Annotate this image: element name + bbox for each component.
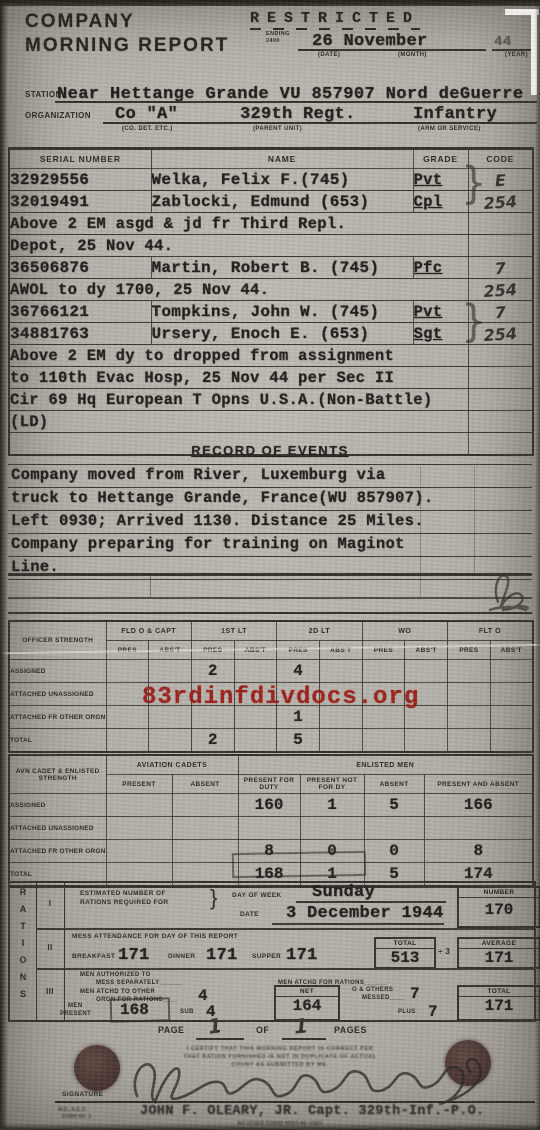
dinner-label: DINNER — [168, 953, 195, 960]
roster-cell: to 110th Evac Hosp, 25 Nov 44 per Sec II — [9, 367, 468, 389]
enlisted-table-cell: PRESENT — [106, 775, 172, 794]
day-rule — [296, 901, 446, 903]
roster-cell: Depot, 25 Nov 44. — [9, 235, 468, 257]
roster-body: 32929556Welka, Felix F.(745)PvtE32019491… — [9, 169, 533, 456]
roster-cell: 36766121 — [9, 301, 151, 323]
signature-rule — [55, 1101, 535, 1103]
dinner-value: 171 — [206, 946, 238, 965]
men-label: MEN — [68, 1003, 83, 1009]
officer-table-cell — [149, 729, 192, 753]
date-rule — [298, 49, 486, 51]
brace-glyph: } — [210, 885, 217, 911]
enlisted-table-cell: ATTACHED UNASSIGNED — [9, 817, 106, 840]
number-box: NUMBER 170 — [457, 886, 540, 928]
net-box-value: 164 — [276, 997, 338, 1015]
breakfast-value: 171 — [118, 946, 150, 965]
others-messed-label1: O & OTHERS — [352, 987, 393, 993]
roster-cell: Ursery, Enoch E. (653) — [151, 323, 413, 345]
enlisted-table-cell: 8 — [424, 840, 533, 863]
total-box-iii: TOTAL 171 — [457, 985, 540, 1021]
roster-cell: Above 2 EM asgd & jd fr Third Repl. — [9, 213, 468, 235]
roster-row: (LD) — [9, 411, 533, 433]
estimated-rations-label2: RATIONS REQUIRED FOR — [80, 899, 168, 906]
form-title-line1: COMPANY — [25, 11, 135, 33]
officer-table-cell — [234, 660, 277, 683]
year-rule — [492, 49, 536, 51]
roster-cell: AWOL to dy 1700, 25 Nov 44. — [9, 279, 468, 301]
officer-table-cell: PRES — [362, 641, 405, 660]
roster-cell: 32019491 — [9, 191, 151, 213]
scan-edge — [535, 0, 540, 1130]
officer-table-cell: TOTAL — [9, 729, 106, 753]
signature-label: SIGNATURE — [62, 1091, 103, 1098]
enlisted-table-cell: PRESENT AND ABSENT — [424, 775, 533, 794]
event-line: truck to Hettange Grande, France(WU 8579… — [8, 488, 532, 511]
report-year: 44 — [494, 34, 511, 50]
mess-attendance-title: MESS ATTENDANCE FOR DAY OF THIS REPORT — [72, 933, 238, 940]
roster-row: 32929556Welka, Felix F.(745)PvtE — [9, 169, 533, 191]
officer-table-cell: ATTACHED FR OTHER ORGN — [9, 706, 106, 729]
officer-table-cell — [448, 706, 491, 729]
enlisted-table-cell: ASSIGNED — [9, 794, 106, 817]
officer-table-cell — [319, 729, 362, 753]
total-box-iii-value: 171 — [459, 997, 539, 1015]
scan-edge — [0, 0, 8, 1130]
date-rule2 — [272, 923, 444, 925]
enlisted-table-cell — [300, 817, 364, 840]
roster-row: Depot, 25 Nov 44. — [9, 235, 533, 257]
officer-table-cell: PRES — [277, 641, 320, 660]
officer-table-cell — [405, 729, 448, 753]
officer-table-cell — [106, 729, 149, 753]
station-rule — [55, 101, 537, 103]
others-messed-label2: MESSED____ — [362, 995, 405, 1001]
form-title-line2: MORNING REPORT — [25, 35, 229, 57]
page-label: PAGE — [158, 1025, 184, 1035]
officer-table-cell — [362, 660, 405, 683]
ending-label: ENDING — [266, 31, 290, 37]
rations-numeral-3: III — [36, 987, 64, 996]
events-lines: Company moved from River, Luxemburg viat… — [8, 465, 532, 580]
officer-table-cell — [362, 729, 405, 753]
rations-numeral-2: II — [36, 943, 64, 952]
roster-row: AWOL to dy 1700, 25 Nov 44.254 — [9, 279, 533, 301]
officer-table-cell: FLD O & CAPT — [106, 621, 191, 641]
roster-row: Above 2 EM asgd & jd fr Third Repl. — [9, 213, 533, 235]
total-box-ii-value: 513 — [376, 949, 434, 967]
page-rule — [196, 1038, 244, 1040]
code-bracket-mark: } — [461, 296, 486, 347]
month-sublabel: (MONTH) — [398, 52, 427, 58]
officer-table-cell: ABS'T — [405, 641, 448, 660]
day-of-week-label: DAY OF WEEK — [232, 892, 282, 899]
roster-row: to 110th Evac Hosp, 25 Nov 44 per Sec II — [9, 367, 533, 389]
col-name: NAME — [151, 149, 413, 169]
morning-report-form: COMPANY MORNING REPORT RESTRICTED ENDING… — [0, 0, 540, 1130]
present-label: PRESENT — [60, 1011, 91, 1017]
roster-cell: Above 2 EM dy to dropped from assignment — [9, 345, 468, 367]
roster-cell: (LD) — [9, 411, 468, 433]
scan-edge — [0, 0, 540, 6]
officer-table-cell — [149, 660, 192, 683]
enlisted-table-cell — [172, 840, 238, 863]
date-sublabel: (DATE) — [318, 52, 340, 58]
others-messed-value: 7 — [410, 985, 420, 1003]
events-divider — [420, 466, 421, 574]
enlisted-table-cell: 0 — [364, 840, 424, 863]
roster-cell: 34881763 — [9, 323, 151, 345]
officer-table-cell — [490, 729, 533, 753]
officer-table-cell — [405, 660, 448, 683]
pages-label: PAGES — [334, 1025, 367, 1035]
event-line: Company preparing for training on Magino… — [8, 534, 532, 557]
officer-table-cell — [319, 660, 362, 683]
men-atchd-other-label1: MEN ATCHD TO OTHER — [80, 989, 155, 995]
estimated-rations-label1: ESTIMATED NUMBER OF — [80, 890, 166, 897]
enlisted-table-cell: ABSENT — [172, 775, 238, 794]
pencil-box-mark — [232, 851, 366, 878]
scan-edge — [0, 1123, 540, 1130]
men-authorized-label2: MESS SEPARATELY______ — [96, 980, 182, 986]
officer-table-cell: ATTACHED UNASSIGNED — [9, 683, 106, 706]
initials-scribble — [478, 566, 532, 620]
roster-cell: Pfc — [413, 257, 468, 279]
enlisted-table-cell — [106, 794, 172, 817]
average-box: AVERAGE 171 — [457, 937, 540, 969]
officer-table-cell — [448, 729, 491, 753]
officer-table-cell: 2 — [191, 660, 234, 683]
roster-cell: Tompkins, John W. (745) — [151, 301, 413, 323]
plus-value: 7 — [428, 1003, 438, 1021]
col-serial-number: SERIAL NUMBER — [9, 149, 151, 169]
classification-stamp: RESTRICTED — [250, 10, 420, 30]
officer-table-cell — [490, 660, 533, 683]
roster-row: 34881763Ursery, Enoch E. (653)Sgt254 — [9, 323, 533, 345]
enlisted-table-cell: PRESENT FOR DUTY — [238, 775, 300, 794]
typed-officer-name: JOHN F. OLEARY, JR. Capt. 329th-Inf.-P.O… — [140, 1104, 484, 1119]
pencil-box-168 — [110, 997, 171, 1023]
officer-table-cell: 2D LT — [277, 621, 362, 641]
roster-header-row: SERIAL NUMBER NAME GRADE CODE — [9, 149, 533, 169]
year-sublabel: (YEAR) — [505, 52, 528, 58]
officer-table-cell — [234, 729, 277, 753]
of-label: OF — [256, 1025, 269, 1035]
org-unit-sublabel: (CO. DET. ETC.) — [122, 126, 173, 132]
ending-time-label: 2400 — [266, 38, 280, 44]
enlisted-table-cell — [238, 817, 300, 840]
roster-cell: Pvt — [413, 301, 468, 323]
rations-side-label: RATIONS — [18, 887, 28, 1006]
rations-side-strip: RATIONS — [10, 883, 37, 1020]
roster-row: 32019491Zablocki, Edmund (653)Cpl254 — [9, 191, 533, 213]
punch-hole-left — [74, 1045, 120, 1091]
enlisted-table-cell — [364, 817, 424, 840]
watermark-text: 83rdinfdivdocs.org — [142, 684, 419, 711]
roster-row: 36766121Tompkins, John W. (745)Pvt7 — [9, 301, 533, 323]
day-of-week-value: Sunday — [312, 883, 375, 902]
average-box-value: 171 — [459, 949, 539, 967]
blank-row-divider — [150, 575, 151, 597]
enlisted-table-cell: ENLISTED MEN — [238, 755, 533, 775]
roster-cell: Zablocki, Edmund (653) — [151, 191, 413, 213]
organization-rule — [103, 122, 537, 124]
officer-table-cell: WO — [362, 621, 447, 641]
plus-label: PLUS — [398, 1009, 416, 1015]
breakfast-label: BREAKFAST — [72, 953, 115, 960]
enlisted-table-cell: AVIATION CADETS — [106, 755, 238, 775]
officer-table-cell: PRES — [448, 641, 491, 660]
organization-label: ORGANIZATION — [25, 111, 91, 120]
officer-table-cell: ABS'T — [319, 641, 362, 660]
sub-label: SUB — [180, 1009, 194, 1015]
form-number-line2: FORM NO. 1 — [62, 1114, 91, 1120]
col-grade: GRADE — [413, 149, 468, 169]
enlisted-table-cell — [106, 840, 172, 863]
average-box-label: AVERAGE — [459, 939, 539, 949]
officer-table-cell — [106, 660, 149, 683]
roster-cell: Pvt — [413, 169, 468, 191]
enlisted-table-cell: 160 — [238, 794, 300, 817]
roster-cell: Martin, Robert B. (745) — [151, 257, 413, 279]
events-title-row: RECORD OF EVENTS — [8, 442, 532, 465]
total-box-ii-label: TOTAL — [376, 939, 434, 949]
total-box-iii-label: TOTAL — [459, 987, 539, 997]
org-arm-sublabel: (ARM OR SERVICE) — [418, 126, 481, 132]
enlisted-table-cell — [424, 817, 533, 840]
number-box-value: 170 — [459, 898, 539, 919]
enlisted-table-cell: 5 — [364, 794, 424, 817]
heavy-rule — [8, 573, 532, 576]
roster-cell: Cir 69 Hq European T Opns U.S.A.(Non-Bat… — [9, 389, 468, 411]
event-line: Company moved from River, Luxemburg via — [8, 465, 532, 488]
number-box-label: NUMBER — [459, 888, 539, 898]
supper-value: 171 — [286, 946, 318, 965]
enlisted-table-cell: PRESENT NOT FOR DY — [300, 775, 364, 794]
roster-cell: 36506876 — [9, 257, 151, 279]
officer-table-cell: 2 — [191, 729, 234, 753]
pages-count: 1 — [293, 1013, 309, 1038]
officer-table-cell: FLT O — [448, 621, 533, 641]
enlisted-table-cell: ABSENT — [364, 775, 424, 794]
men-authorized-label1: MEN AUTHORIZED TO — [80, 972, 151, 978]
divide-label: ÷ 3 — [438, 947, 450, 956]
date-label: DATE — [240, 911, 259, 918]
net-box-label: NET — [276, 987, 338, 997]
enlisted-table-cell: AVN CADET & ENLISTED STRENGTH — [9, 755, 106, 794]
officer-table-cell — [490, 683, 533, 706]
enlisted-table-cell: 166 — [424, 794, 533, 817]
roster-cell: Welka, Felix F.(745) — [151, 169, 413, 191]
blank-row-divider — [420, 575, 421, 597]
roster-row: 36506876Martin, Robert B. (745)Pfc7 — [9, 257, 533, 279]
roster-cell: Cpl — [413, 191, 468, 213]
roster-table: SERIAL NUMBER NAME GRADE CODE 32929556We… — [8, 147, 534, 456]
roster-row: Above 2 EM dy to dropped from assignment — [9, 345, 533, 367]
form-number-line1: W.D., A.G.O. — [58, 1107, 87, 1113]
officer-table-cell: 4 — [277, 660, 320, 683]
total-box-ii: TOTAL 513 — [374, 937, 436, 969]
events-section: RECORD OF EVENTS Company moved from Rive… — [8, 442, 532, 580]
events-divider — [474, 466, 475, 574]
ration-date-value: 3 December 1944 — [286, 904, 444, 923]
enlisted-table-cell — [106, 817, 172, 840]
roster-cell: Sgt — [413, 323, 468, 345]
rations-numeral-strip: I II III — [36, 883, 65, 1020]
roster-row: Cir 69 Hq European T Opns U.S.A.(Non-Bat… — [9, 389, 533, 411]
roster-cell: 32929556 — [9, 169, 151, 191]
rations-section: RATIONS I II III ESTIMATED NUMBER OF RAT… — [8, 881, 536, 1022]
officer-table-cell: ASSIGNED — [9, 660, 106, 683]
supper-label: SUPPER — [252, 953, 281, 960]
event-line: Left 0930; Arrived 1130. Distance 25 Mil… — [8, 511, 532, 534]
event-line: Line. — [8, 557, 532, 580]
rations-row-rule — [36, 928, 534, 930]
blank-row-rule — [8, 597, 532, 599]
org-parent-sublabel: (PARENT UNIT) — [253, 126, 302, 132]
code-bracket-mark: } — [461, 158, 486, 209]
officer-table-cell: 5 — [277, 729, 320, 753]
pages-rule — [282, 1038, 326, 1040]
events-title: RECORD OF EVENTS — [191, 443, 349, 458]
enlisted-table-cell: ATTACHED FR OTHER ORGN — [9, 840, 106, 863]
enlisted-table-cell — [172, 794, 238, 817]
enlisted-table-cell — [172, 817, 238, 840]
officer-table-cell — [490, 706, 533, 729]
officer-table-cell — [448, 660, 491, 683]
officer-table-cell: 1ST LT — [191, 621, 276, 641]
enlisted-table-cell: 1 — [300, 794, 364, 817]
rations-numeral-1: I — [36, 899, 64, 908]
officer-table-cell — [448, 683, 491, 706]
